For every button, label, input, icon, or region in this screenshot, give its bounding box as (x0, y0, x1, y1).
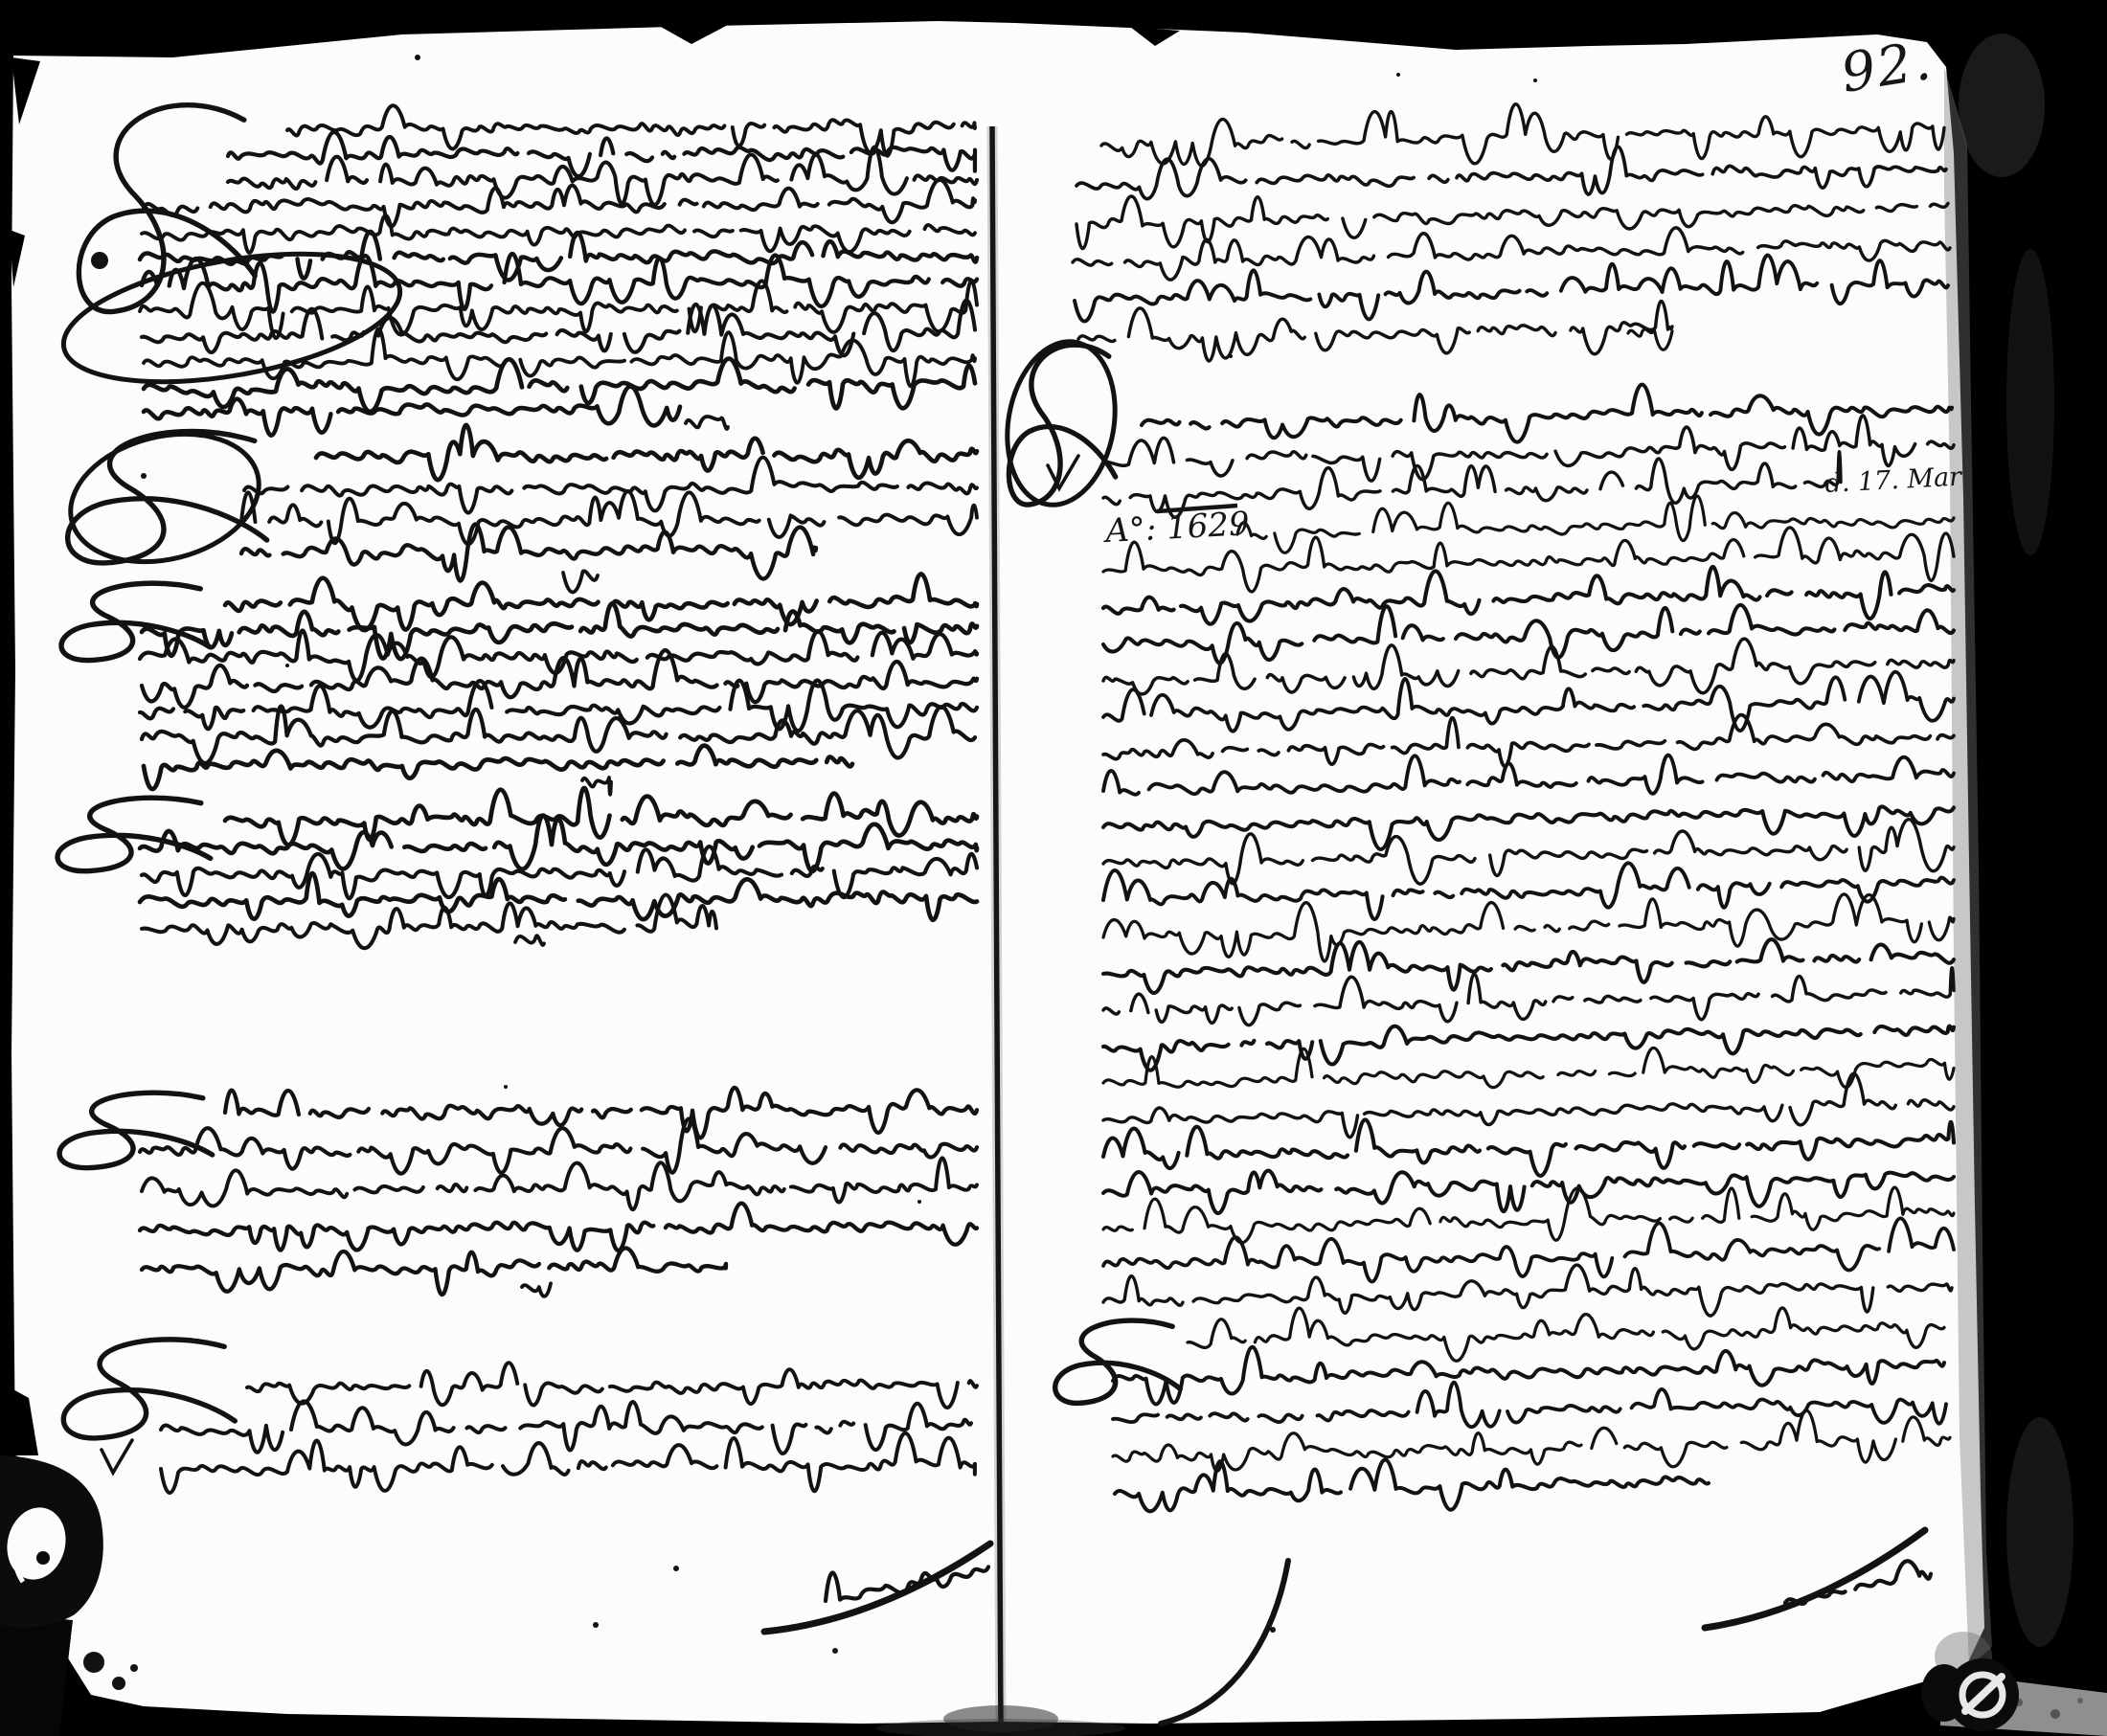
dust-speck (415, 55, 420, 60)
dust-speck (1270, 1627, 1276, 1633)
dust-speck (285, 664, 289, 667)
dust-speck (1229, 354, 1233, 358)
left-ink-blot (83, 1652, 104, 1673)
left-ink-blot (112, 1677, 125, 1690)
strap-speckle (2077, 1698, 2083, 1703)
dust-speck (141, 473, 147, 479)
manuscript-svg: 92. A°: 1629 d. 17. Mar (0, 0, 2107, 1736)
left-ink-blot (130, 1664, 138, 1672)
left-ink-blot (91, 252, 108, 269)
clamp-hole-dot (36, 1551, 50, 1565)
gray-mottle (2006, 249, 2054, 555)
dust-speck (593, 1622, 599, 1628)
dust-speck (504, 1085, 508, 1089)
dust-speck (832, 1648, 838, 1654)
dust-speck (673, 1566, 679, 1571)
dust-speck (918, 1200, 921, 1204)
strap-speckle (2050, 1709, 2060, 1719)
dust-speck (1533, 79, 1537, 82)
gray-mottle (2006, 1417, 2073, 1647)
dust-speck (1396, 73, 1400, 77)
year-fragment-group: A°: 1629 (1101, 505, 1250, 551)
manuscript-scan: 92. A°: 1629 d. 17. Mar (0, 0, 2107, 1736)
gray-mottle (1959, 34, 2045, 177)
